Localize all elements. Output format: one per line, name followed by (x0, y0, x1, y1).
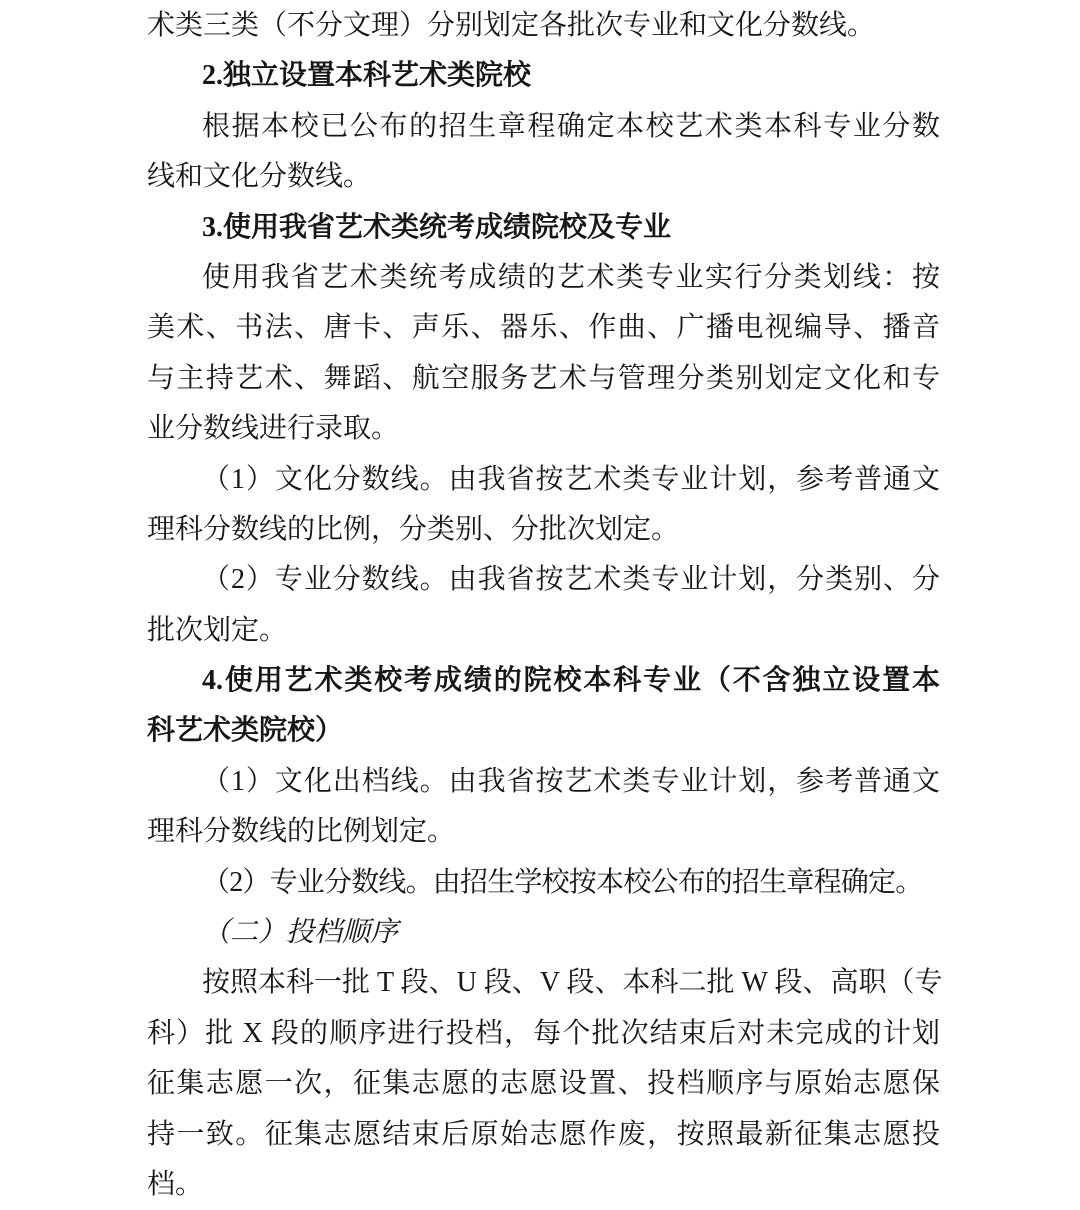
document-text-block: 术类三类（不分文理）分别划定各批次专业和文化分数线。 2.独立设置本科艺术类院校… (147, 1, 940, 1210)
body-line: 科）批 X 段的顺序进行投档，每个批次结束后对未完成的计划 (147, 1009, 940, 1059)
section-heading-2: 2.独立设置本科艺术类院校 (147, 51, 940, 101)
body-line: 术类三类（不分文理）分别划定各批次专业和文化分数线。 (147, 1, 940, 51)
section-heading-3: 3.使用我省艺术类统考成绩院校及专业 (147, 203, 940, 253)
body-line: 与主持艺术、舞蹈、航空服务艺术与管理分类别划定文化和专 (147, 354, 940, 404)
body-line: 根据本校已公布的招生章程确定本校艺术类本科专业分数 (147, 102, 940, 152)
body-line: 美术、书法、唐卡、声乐、器乐、作曲、广播电视编导、播音 (147, 303, 940, 353)
body-line: （1）文化出档线。由我省按艺术类专业计划，参考普通文 (147, 757, 940, 807)
section-heading-4-cont: 科艺术类院校） (147, 706, 940, 756)
section-heading-4: 4.使用艺术类校考成绩的院校本科专业（不含独立设置本 (147, 656, 940, 706)
body-line: 理科分数线的比例，分类别、分批次划定。 (147, 505, 940, 555)
body-line: （2）专业分数线。由我省按艺术类专业计划，分类别、分 (147, 555, 940, 605)
body-line: 批次划定。 (147, 606, 940, 656)
body-line: 征集志愿一次，征集志愿的志愿设置、投档顺序与原始志愿保 (147, 1059, 940, 1109)
body-line: （2）专业分数线。由招生学校按本校公布的招生章程确定。 (147, 858, 940, 908)
body-line: （1）文化分数线。由我省按艺术类专业计划，参考普通文 (147, 455, 940, 505)
body-line: 使用我省艺术类统考成绩的艺术类专业实行分类划线：按 (147, 253, 940, 303)
body-line: 持一致。征集志愿结束后原始志愿作废，按照最新征集志愿投 (147, 1110, 940, 1160)
body-line: 档。 (147, 1160, 940, 1210)
body-line: 线和文化分数线。 (147, 152, 940, 202)
body-line: 理科分数线的比例划定。 (147, 807, 940, 857)
subsection-heading: （二）投档顺序 (147, 908, 940, 958)
document-page: 术类三类（不分文理）分别划定各批次专业和文化分数线。 2.独立设置本科艺术类院校… (0, 0, 1080, 1210)
body-line: 业分数线进行录取。 (147, 404, 940, 454)
body-line: 按照本科一批 T 段、U 段、V 段、本科二批 W 段、高职（专 (147, 958, 940, 1008)
